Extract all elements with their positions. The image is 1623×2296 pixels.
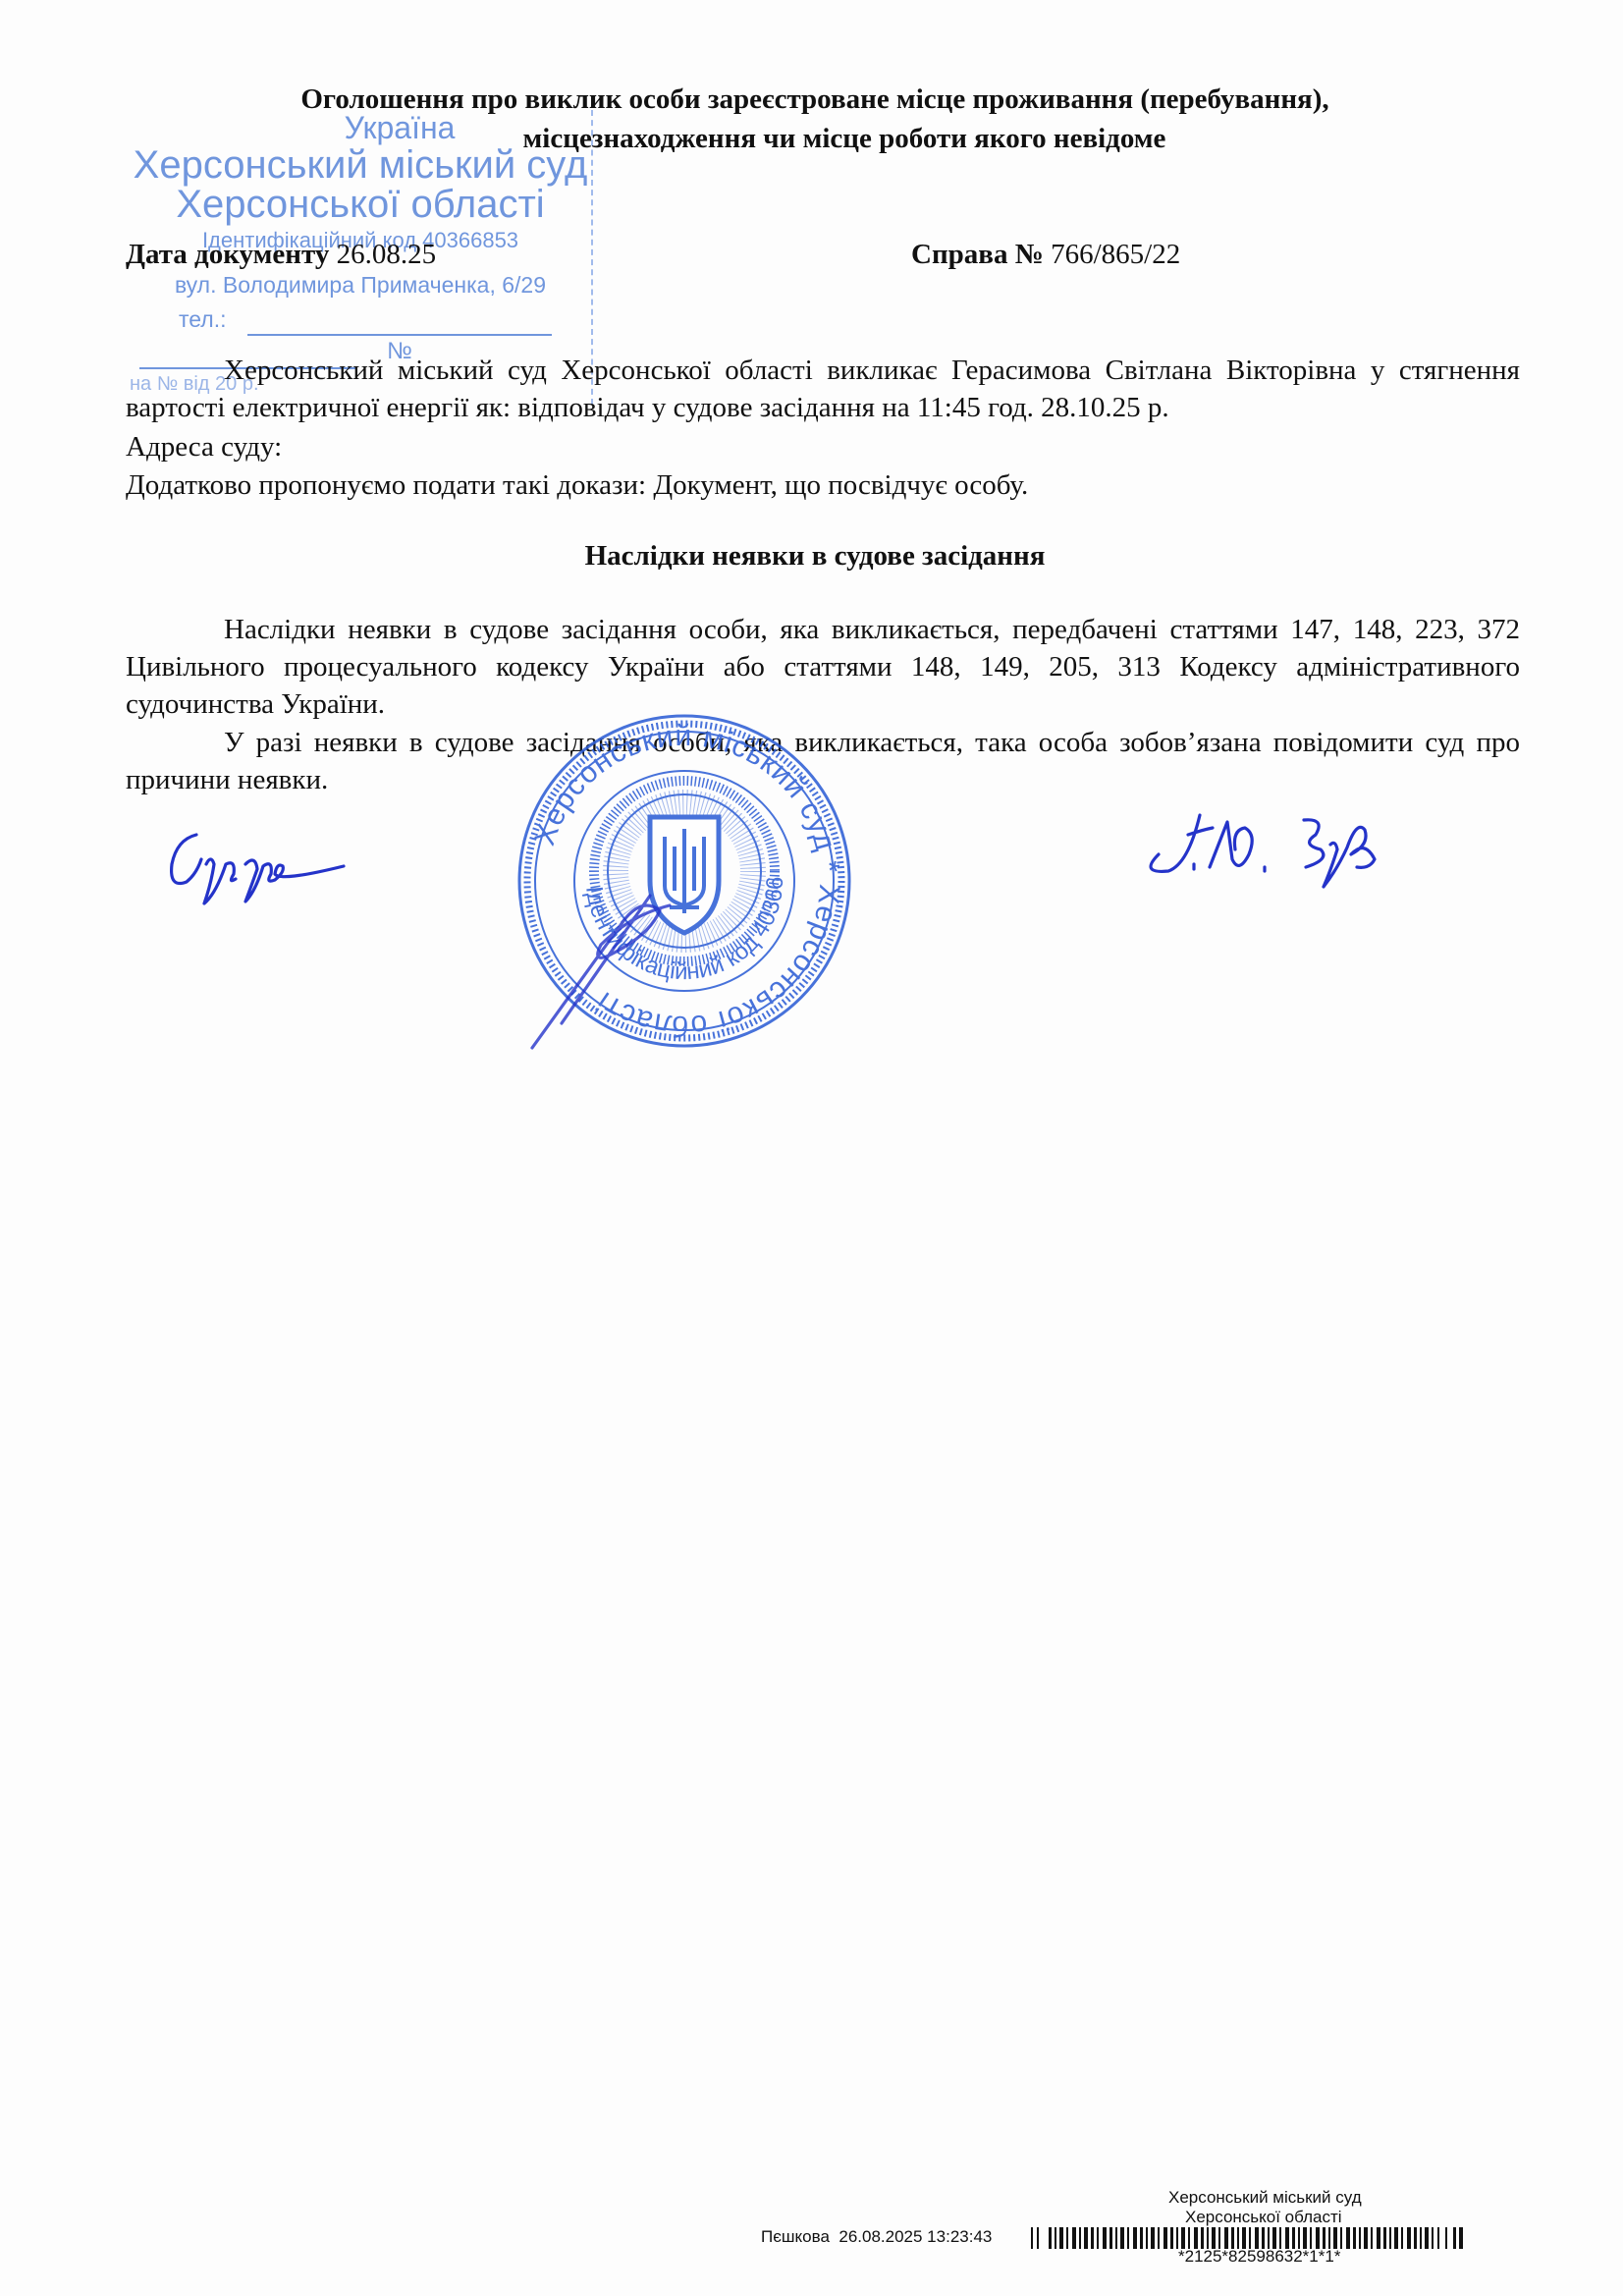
footer-court-line-1: Херсонський міський суд <box>1168 2188 1362 2208</box>
date-value: 26.08.25 <box>337 239 437 270</box>
court-round-seal: Херсонський міський суд * Херсонської об… <box>503 699 866 1063</box>
case-value: 766/865/22 <box>1051 239 1180 270</box>
document-page: Україна Херсонський міський суд Херсонсь… <box>0 0 1623 2296</box>
trident-emblem-icon <box>650 817 719 933</box>
case-number: Справа № 766/865/22 <box>911 236 1180 273</box>
notice-title-line-1: Оголошення про виклик особи зареєстрован… <box>118 81 1512 118</box>
stamp-tel-underline <box>247 334 552 336</box>
stamp-address: вул. Володимира Примаченка, 6/29 <box>130 272 591 299</box>
footer-clerk-timestamp: Пєшкова 26.08.2025 13:23:43 <box>761 2227 992 2247</box>
document-date: Дата документу 26.08.25 <box>126 236 436 273</box>
case-label: Справа № <box>911 239 1044 270</box>
barcode-text: *2125*82598632*1*1* <box>1178 2247 1340 2267</box>
signature-right: І.Ю. Зуб <box>1129 800 1404 908</box>
footer-court-line-2: Херсонської області <box>1185 2208 1342 2227</box>
date-label: Дата документу <box>126 239 329 270</box>
notice-title-line-2: місцезнаходження чи місце роботи якого н… <box>147 120 1542 157</box>
footer-clerk: Пєшкова <box>761 2227 830 2246</box>
summons-paragraph: Херсонський міський суд Херсонської обла… <box>126 352 1520 426</box>
additional-evidence: Додатково пропонуємо подати такі докази:… <box>126 466 1520 504</box>
document-barcode <box>1031 2227 1512 2249</box>
stamp-court-region: Херсонської області <box>130 183 591 227</box>
court-address-label: Адреса суду: <box>126 428 1520 465</box>
footer-timestamp: 26.08.2025 13:23:43 <box>839 2227 992 2246</box>
signature-left: Судде <box>157 815 353 913</box>
section-title-consequences: Наслідки неявки в судове засідання <box>118 540 1512 573</box>
stamp-tel-label: тел.: <box>179 306 640 333</box>
